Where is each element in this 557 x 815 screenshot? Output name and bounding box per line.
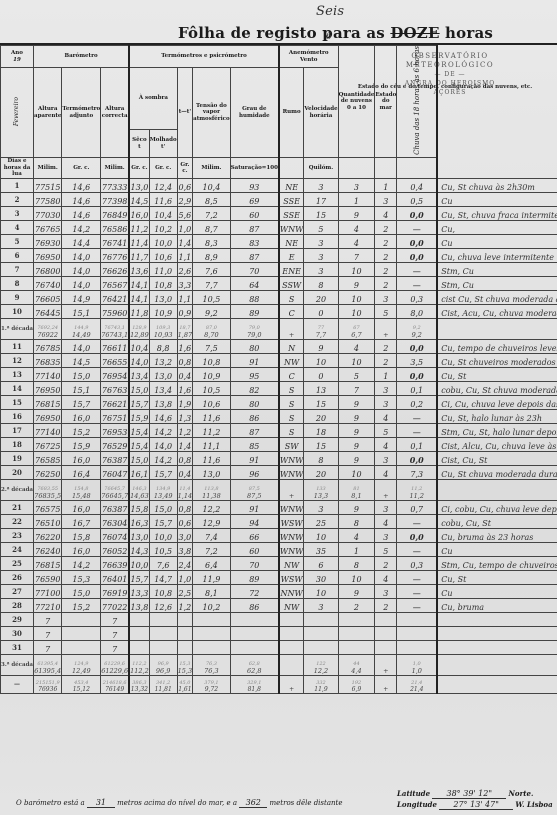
cell-alt_ap: 76240: [34, 542, 62, 556]
cell-nuv: 7: [338, 381, 375, 395]
summary-cell-value: 1,0: [397, 667, 436, 675]
cell-diff: [177, 626, 192, 640]
day-number: 7: [1, 262, 34, 276]
cell-alt_cor: 76586: [101, 220, 129, 234]
summary-cell-alt_ap: 7683,5576835,5: [34, 479, 62, 500]
cell-rumo: WNW: [279, 528, 304, 542]
cell-alt_cor: 76567: [101, 276, 129, 290]
row-label: 2.ª década: [1, 479, 34, 500]
cell-term: 15,2: [62, 423, 101, 437]
cell-nuv: 9: [338, 451, 375, 465]
summary-cell-alt_ap: 215151,976936: [34, 675, 62, 693]
decade-summary-row: 2.ª década7683,5576835,5154,815,4876645,…: [1, 479, 557, 500]
cell-nuv: 10: [338, 262, 375, 276]
cell-rumo: NE: [279, 178, 304, 192]
cell-alt_ap: 76765: [34, 220, 62, 234]
cell-alt_cor: 76621: [101, 395, 129, 409]
cell-alt_ap: 76950: [34, 409, 62, 423]
day-number: 31: [1, 640, 34, 654]
cell-chuva: —: [397, 262, 438, 276]
summary-cell-value: 15,12: [62, 686, 100, 693]
cell-molh: [149, 640, 177, 654]
day-row: 217657516,07638715,815,00,812,291WNW3930…: [1, 500, 557, 514]
summary-cell-value: 1,61: [178, 686, 192, 693]
cell-molh: 10,9: [149, 304, 177, 318]
cell-term: 15,0: [62, 584, 101, 598]
cell-chuva: —: [397, 220, 438, 234]
cell-alt_ap: 76575: [34, 500, 62, 514]
cell-diff: 0,8: [177, 500, 192, 514]
cell-hum: 89: [230, 304, 279, 318]
cell-alt_cor: 76401: [101, 570, 129, 584]
cell-chuva: —: [397, 514, 438, 528]
summary-cell-value: 61395,4: [34, 667, 61, 675]
cell-vel: 20: [304, 465, 338, 479]
summary-cell-rumo: [279, 654, 304, 675]
cell-seco: 15,0: [129, 381, 149, 395]
cell-rumo: WNW: [279, 465, 304, 479]
cell-hum: 60: [230, 542, 279, 556]
day-row: 267659015,37640115,714,71,011,989WSW3010…: [1, 570, 557, 584]
cell-alt_cor: 76763: [101, 381, 129, 395]
summary-cell-value: 76149: [101, 686, 128, 693]
cell-seco: 14,3: [129, 542, 149, 556]
summary-cell-value: 76835,5: [34, 492, 61, 500]
cell-chuva: [397, 626, 438, 640]
cell-mar: 5: [375, 542, 397, 556]
cell-rumo: NW: [279, 353, 304, 367]
cell-molh: 11,6: [149, 192, 177, 206]
cell-alt_ap: 76725: [34, 437, 62, 451]
day-number: 6: [1, 248, 34, 262]
cell-rumo: S: [279, 381, 304, 395]
title-struck-word: DOZE: [390, 24, 439, 42]
cell-diff: 2,5: [177, 584, 192, 598]
cell-alt_cor: 76074: [101, 528, 129, 542]
summary-cell-value: 1,14: [178, 492, 192, 500]
cell-term: 14,0: [62, 248, 101, 262]
cell-nuv: 10: [338, 353, 375, 367]
cell-seco: 14,5: [129, 192, 149, 206]
remark-cell: Cu, St: [437, 570, 557, 584]
summary-cell-value: 4,4: [339, 667, 375, 675]
summary-cell-mar: +: [375, 675, 397, 693]
cell-diff: 1,1: [177, 290, 192, 304]
cell-alt_cor: 77022: [101, 598, 129, 612]
summary-cell-value: 11,9: [304, 686, 337, 693]
cell-seco: 15,9: [129, 409, 149, 423]
cell-vel: 3: [304, 598, 338, 612]
summary-cell-alt_ap: 7692,2476922: [34, 318, 62, 339]
day-number: 5: [1, 234, 34, 248]
cell-diff: 3,8: [177, 542, 192, 556]
day-row: 47676514,27658611,210,21,08,787WNW542—Cu…: [1, 220, 557, 234]
summary-cell-seco: 386,313,32: [129, 675, 149, 693]
cell-rumo: NW: [279, 598, 304, 612]
day-number: 27: [1, 584, 34, 598]
summary-cell-mar: +: [375, 654, 397, 675]
summary-cell-value: 12,89: [130, 331, 149, 339]
decade-summary-row: 3.ª década61395,461395,4124,912,4961229,…: [1, 654, 557, 675]
cell-term: 15,2: [62, 598, 101, 612]
cell-diff: 1,0: [177, 220, 192, 234]
cell-chuva: —: [397, 584, 438, 598]
cell-seco: 13,0: [129, 528, 149, 542]
cell-hum: [230, 640, 279, 654]
cell-diff: [177, 640, 192, 654]
cell-hum: 82: [230, 381, 279, 395]
cell-term: 14,6: [62, 178, 101, 192]
remark-cell: Cu, St, chuva fraca intermitente durante…: [437, 206, 557, 220]
sheet-title: Fôlha de registo para as DOZE horas Seis…: [178, 24, 493, 42]
summary-cell-tensao: 113,811,38: [193, 479, 231, 500]
cell-rumo: N: [279, 339, 304, 353]
cell-vel: [304, 626, 338, 640]
cell-diff: 0,6: [177, 514, 192, 528]
summary-cell-chuva: 9,29,2: [397, 318, 438, 339]
cell-hum: 91: [230, 500, 279, 514]
summary-cell-vel: 33211,9: [304, 675, 338, 693]
cell-diff: 3,0: [177, 528, 192, 542]
summary-cell-molh: 341,211,81: [149, 675, 177, 693]
summary-cell-value: +: [280, 492, 303, 500]
cell-alt_cor: 76655: [101, 353, 129, 367]
cell-alt_cor: 77398: [101, 192, 129, 206]
cell-alt_ap: 77140: [34, 423, 62, 437]
cell-vel: 25: [304, 514, 338, 528]
cell-hum: 85: [230, 437, 279, 451]
cell-chuva: 0,2: [397, 395, 438, 409]
cell-molh: 10,0: [149, 528, 177, 542]
cell-nuv: 4: [338, 234, 375, 248]
remark-cell: [437, 654, 557, 675]
cell-tensao: 10,5: [193, 290, 231, 304]
cell-seco: 15,4: [129, 423, 149, 437]
cell-molh: 10,4: [149, 206, 177, 220]
header-ano: Ano19: [1, 46, 34, 68]
month-total-row: —215151,976936453,415,12214618,676149386…: [1, 675, 557, 693]
day-number: 11: [1, 339, 34, 353]
cell-nuv: 3: [338, 178, 375, 192]
cell-vel: 6: [304, 556, 338, 570]
cell-nuv: 9: [338, 500, 375, 514]
title-handwritten-sub: 6: [326, 32, 332, 42]
summary-cell-value: +: [375, 331, 396, 339]
cell-alt_cor: 76304: [101, 514, 129, 528]
summary-cell-term: 144,914,49: [62, 318, 101, 339]
cell-hum: [230, 626, 279, 640]
summary-cell-rumo: +: [279, 318, 304, 339]
cell-diff: 5,6: [177, 206, 192, 220]
summary-cell-value: 11,81: [150, 686, 177, 693]
summary-cell-value: 14,63: [130, 492, 149, 500]
cell-alt_cor: 76919: [101, 584, 129, 598]
cell-rumo: NNW: [279, 584, 304, 598]
day-row: 137714015,07695413,413,00,410,995C0510,0…: [1, 367, 557, 381]
cell-alt_cor: 76529: [101, 437, 129, 451]
summary-cell-value: 10,93: [150, 331, 177, 339]
cell-chuva: 0,0: [397, 451, 438, 465]
remark-cell: Cu, St chuveiros moderados de chuva: [437, 353, 557, 367]
cell-tensao: 10,6: [193, 395, 231, 409]
cell-alt_cor: 75960: [101, 304, 129, 318]
cell-tensao: [193, 640, 231, 654]
cell-rumo: S: [279, 395, 304, 409]
day-row: 117678514,07661110,48,81,67,580N9420,0Cu…: [1, 339, 557, 353]
cell-nuv: 5: [338, 367, 375, 381]
cell-vel: 35: [304, 542, 338, 556]
cell-alt_cor: 76611: [101, 339, 129, 353]
cell-alt_cor: 77333: [101, 178, 129, 192]
cell-rumo: WNW: [279, 451, 304, 465]
header-a-sombra: À sombra: [129, 68, 177, 130]
summary-cell-value: 9,72: [193, 686, 230, 693]
day-row: 87674014,07656714,110,83,37,764SSW892—St…: [1, 276, 557, 290]
cell-alt_ap: 76815: [34, 556, 62, 570]
cell-diff: 1,2: [177, 423, 192, 437]
cell-mar: 4: [375, 409, 397, 423]
header-altura-correcta: Altura correcta: [101, 68, 129, 158]
title-handwritten-correction: Seis: [316, 4, 344, 19]
cell-molh: 12,6: [149, 598, 177, 612]
unit-saturacao: Saturação=100: [230, 158, 279, 179]
row-label: 1.ª década: [1, 318, 34, 339]
remark-cell: Stm, Cu: [437, 276, 557, 290]
day-number: 26: [1, 570, 34, 584]
cell-term: 15,7: [62, 395, 101, 409]
day-row: 197658516,07638715,014,20,811,691WNW8930…: [1, 451, 557, 465]
cell-nuv: 8: [338, 556, 375, 570]
cell-seco: 16,3: [129, 514, 149, 528]
latitude-value: 38° 39' 12": [432, 789, 506, 799]
summary-cell-seco: 112,2112,2: [129, 654, 149, 675]
unit-milim: Milim.: [193, 158, 231, 179]
cell-alt_ap: 76445: [34, 304, 62, 318]
cell-term: 16,0: [62, 500, 101, 514]
summary-cell-molh: 134,913,49: [149, 479, 177, 500]
day-row: 237622015,87607413,010,03,07,466WNW10430…: [1, 528, 557, 542]
day-row: 57693014,47674111,410,01,48,383NE3420,0C…: [1, 234, 557, 248]
observation-rows: 17751514,67733313,012,40,610,493NE3310,4…: [1, 178, 557, 693]
cell-alt_cor: 76751: [101, 409, 129, 423]
summary-cell-nuv: 1926,9: [338, 675, 375, 693]
cell-rumo: C: [279, 304, 304, 318]
title-suffix: horas: [445, 24, 493, 42]
cell-tensao: [193, 626, 231, 640]
cell-alt_ap: 76950: [34, 381, 62, 395]
remark-cell: cobu, Cu, St: [437, 514, 557, 528]
remark-cell: Cu, St chuva às 2h30m: [437, 178, 557, 192]
summary-cell-value: 6,9: [339, 686, 375, 693]
cell-rumo: S: [279, 290, 304, 304]
cell-vel: 15: [304, 437, 338, 451]
cell-alt_ap: 77580: [34, 192, 62, 206]
cell-term: 14,5: [62, 353, 101, 367]
cell-mar: [375, 626, 397, 640]
cell-tensao: 8,9: [193, 248, 231, 262]
cell-molh: 14,7: [149, 570, 177, 584]
summary-cell-value: 11,2: [397, 492, 436, 500]
cell-vel: 30: [304, 570, 338, 584]
cell-molh: 14,2: [149, 451, 177, 465]
summary-cell-value: 7,7: [304, 331, 337, 339]
cell-nuv: 8: [338, 514, 375, 528]
cell-molh: 10,5: [149, 542, 177, 556]
cell-vel: 0: [304, 367, 338, 381]
cell-molh: 10,0: [149, 234, 177, 248]
row-label: —: [1, 675, 34, 693]
cell-mar: 3: [375, 500, 397, 514]
cell-rumo: S: [279, 409, 304, 423]
cell-vel: 10: [304, 584, 338, 598]
cell-nuv: 4: [338, 528, 375, 542]
cell-vel: 13: [304, 381, 338, 395]
cell-term: 14,9: [62, 290, 101, 304]
remark-cell: Cu, chuva leve intermitente: [437, 248, 557, 262]
remark-cell: Cu,: [437, 220, 557, 234]
summary-cell-mar: +: [375, 479, 397, 500]
cell-chuva: 7,3: [397, 465, 438, 479]
cell-tensao: 12,2: [193, 500, 231, 514]
cell-alt_ap: 77210: [34, 598, 62, 612]
summary-cell-value: 76,3: [193, 667, 230, 675]
cell-mar: 2: [375, 556, 397, 570]
cell-tensao: 11,2: [193, 423, 231, 437]
cell-molh: 13,8: [149, 395, 177, 409]
summary-cell-chuva: 21,421,4: [397, 675, 438, 693]
cell-chuva: 0,1: [397, 437, 438, 451]
cell-seco: 11,8: [129, 304, 149, 318]
cell-alt_ap: 76585: [34, 451, 62, 465]
cell-vel: 20: [304, 409, 338, 423]
cell-diff: 0,6: [177, 178, 192, 192]
cell-nuv: 9: [338, 206, 375, 220]
cell-vel: 0: [304, 304, 338, 318]
cell-alt_ap: 77030: [34, 206, 62, 220]
day-number: 3: [1, 206, 34, 220]
day-row: 127683514,57665514,013,20,810,891NW10102…: [1, 353, 557, 367]
summary-cell-alt_cor: 76743,176743,1: [101, 318, 129, 339]
day-number: 18: [1, 437, 34, 451]
cell-seco: [129, 626, 149, 640]
day-row: 3077: [1, 626, 557, 640]
cell-tensao: 7,2: [193, 542, 231, 556]
cell-chuva: 0,0: [397, 234, 438, 248]
cell-mar: 2: [375, 234, 397, 248]
cell-rumo: WSW: [279, 570, 304, 584]
cell-vel: 10: [304, 353, 338, 367]
day-number: 21: [1, 500, 34, 514]
header-barometro: Barómetro: [34, 46, 130, 68]
cell-term: 15,1: [62, 381, 101, 395]
cell-mar: [375, 640, 397, 654]
summary-cell-value: 15,3: [178, 667, 192, 675]
summary-cell-value: 12,2: [304, 667, 337, 675]
cell-alt_ap: 77100: [34, 584, 62, 598]
cell-vel: [304, 612, 338, 626]
cell-seco: 14,1: [129, 276, 149, 290]
cell-molh: 14,0: [149, 437, 177, 451]
summary-cell-value: 76645,7: [101, 492, 128, 500]
cell-vel: [304, 640, 338, 654]
cell-hum: 96: [230, 465, 279, 479]
cell-chuva: 0,0: [397, 528, 438, 542]
cell-hum: 70: [230, 262, 279, 276]
cell-vel: 3: [304, 234, 338, 248]
cell-rumo: SSE: [279, 192, 304, 206]
cell-hum: 91: [230, 353, 279, 367]
cell-alt_cor: 7: [101, 626, 129, 640]
cell-alt_ap: 76740: [34, 276, 62, 290]
remark-cell: Cist, Cu, St: [437, 451, 557, 465]
cell-chuva: [397, 640, 438, 654]
cell-seco: 11,4: [129, 234, 149, 248]
cell-mar: 5: [375, 423, 397, 437]
cell-chuva: 0,3: [397, 290, 438, 304]
cell-alt_ap: 7: [34, 626, 62, 640]
day-number: 30: [1, 626, 34, 640]
remark-cell: [437, 612, 557, 626]
cell-mar: 2: [375, 598, 397, 612]
cell-vel: 18: [304, 423, 338, 437]
cell-alt_cor: 76626: [101, 262, 129, 276]
cell-alt_ap: 77140: [34, 367, 62, 381]
day-row: 257681514,27663910,07,62,46,470NW6820,3S…: [1, 556, 557, 570]
unit-gr-c: Gr. c.: [62, 158, 101, 179]
unit-blank: [375, 158, 397, 179]
unit-blank: [397, 158, 438, 179]
day-row: 67695014,07677611,710,61,18,987E3720,0Cu…: [1, 248, 557, 262]
summary-cell-value: 81,8: [231, 686, 278, 693]
cell-seco: 15,8: [129, 500, 149, 514]
day-row: 97660514,97642114,113,01,110,588S201030,…: [1, 290, 557, 304]
cell-alt_ap: 76250: [34, 465, 62, 479]
remark-cell: Ci, Cu, chuva leve depois das 21 horas: [437, 395, 557, 409]
cell-molh: 13,0: [149, 290, 177, 304]
cell-hum: 80: [230, 339, 279, 353]
day-row: 77680014,07662613,611,02,67,670ENE3102—S…: [1, 262, 557, 276]
cell-hum: 69: [230, 192, 279, 206]
cell-tensao: 10,4: [193, 178, 231, 192]
barometer-note: O barómetro está a 31 metros acima do ní…: [16, 798, 342, 808]
cell-nuv: 10: [338, 570, 375, 584]
header-days: Fevereiro: [1, 68, 34, 158]
cell-alt_ap: 76785: [34, 339, 62, 353]
cell-vel: 10: [304, 528, 338, 542]
cell-hum: [230, 612, 279, 626]
cell-vel: 5: [304, 220, 338, 234]
cell-chuva: 0,0: [397, 367, 438, 381]
cell-seco: 10,4: [129, 339, 149, 353]
unit-quilom: Quilóm.: [304, 158, 338, 179]
cell-rumo: ENE: [279, 262, 304, 276]
cell-alt_cor: 76953: [101, 423, 129, 437]
cell-alt_ap: 76605: [34, 290, 62, 304]
cell-molh: 10,8: [149, 276, 177, 290]
cell-alt_ap: 76220: [34, 528, 62, 542]
cell-chuva: —: [397, 570, 438, 584]
cell-tensao: 9,2: [193, 304, 231, 318]
cell-nuv: 9: [338, 423, 375, 437]
cell-mar: 3: [375, 395, 397, 409]
cell-rumo: [279, 640, 304, 654]
cell-term: [62, 626, 101, 640]
cell-molh: 7,6: [149, 556, 177, 570]
decade-summary-row: 1.ª década7692,2476922144,914,4976743,17…: [1, 318, 557, 339]
cell-chuva: 0,7: [397, 500, 438, 514]
summary-cell-term: 154,815,48: [62, 479, 101, 500]
summary-cell-value: 8,1: [339, 492, 375, 500]
